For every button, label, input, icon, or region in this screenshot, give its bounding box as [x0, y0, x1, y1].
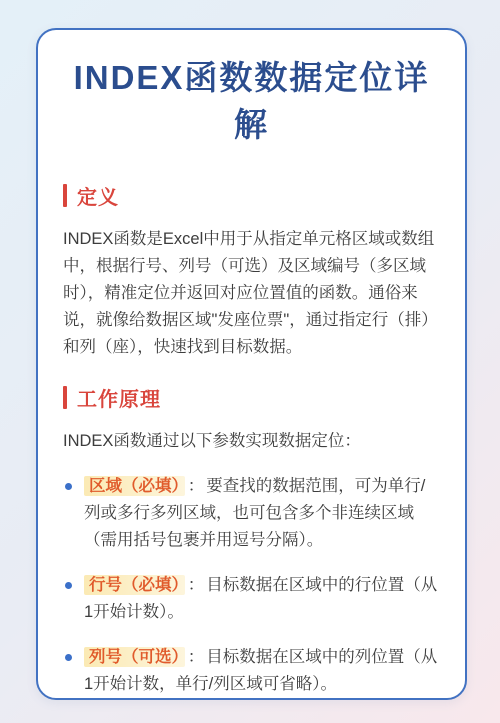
red-accent-bar	[63, 386, 67, 409]
parameter-row: 行号（必填）：目标数据在区域中的行位置（从1开始计数）。	[84, 572, 440, 626]
bullet-dot-icon	[65, 483, 72, 490]
parameter-area: 区域（必填）：要查找的数据范围，可为单行/列或多行多列区域，也可包含多个非连续区…	[84, 473, 440, 554]
list-item: 列号（可选）：目标数据在区域中的列位置（从1开始计数，单行/列区域可省略）。	[63, 644, 440, 698]
bullet-dot-icon	[65, 654, 72, 661]
red-accent-bar	[63, 184, 67, 207]
parameter-separator: ：	[188, 648, 205, 666]
parameter-separator: ：	[188, 576, 205, 594]
definition-heading-label: 定义	[77, 181, 119, 210]
info-card: INDEX函数数据定位详解 定义 INDEX函数是Excel中用于从指定单元格区…	[36, 28, 467, 700]
parameter-term: 行号（必填）	[84, 575, 185, 595]
definition-paragraph: INDEX函数是Excel中用于从指定单元格区域或数组中，根据行号、列号（可选）…	[63, 226, 440, 361]
principle-intro-text: INDEX函数通过以下参数实现数据定位：	[63, 428, 440, 455]
page-title: INDEX函数数据定位详解	[63, 54, 440, 148]
principle-heading-label: 工作原理	[77, 383, 161, 412]
section-heading-definition: 定义	[63, 181, 440, 210]
list-item: 区域（必填）：要查找的数据范围，可为单行/列或多行多列区域，也可包含多个非连续区…	[63, 473, 440, 554]
parameter-list: 区域（必填）：要查找的数据范围，可为单行/列或多行多列区域，也可包含多个非连续区…	[63, 473, 440, 698]
parameter-column: 列号（可选）：目标数据在区域中的列位置（从1开始计数，单行/列区域可省略）。	[84, 644, 440, 698]
section-heading-principle: 工作原理	[63, 383, 440, 412]
parameter-term: 区域（必填）	[84, 476, 185, 496]
parameter-separator: ：	[188, 477, 205, 495]
parameter-term: 列号（可选）	[84, 647, 185, 667]
bullet-dot-icon	[65, 582, 72, 589]
list-item: 行号（必填）：目标数据在区域中的行位置（从1开始计数）。	[63, 572, 440, 626]
